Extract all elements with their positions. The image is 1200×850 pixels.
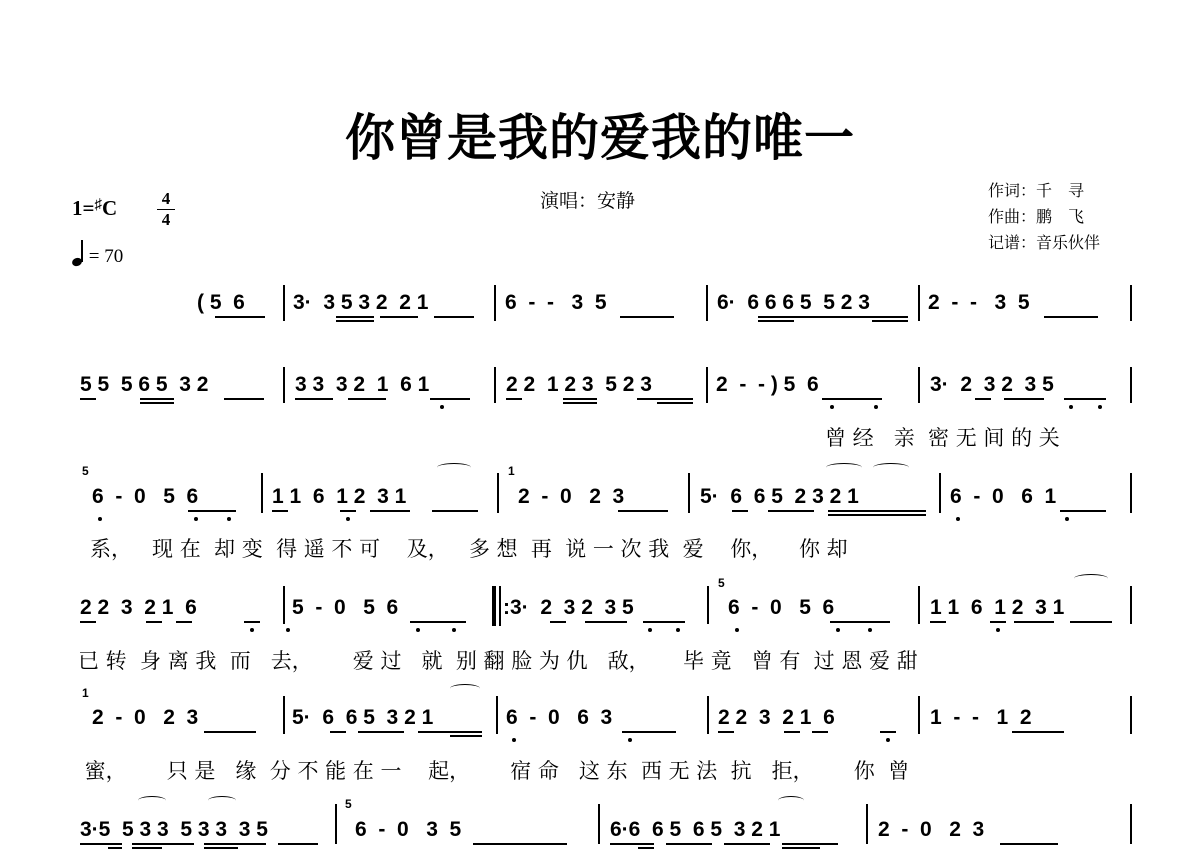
credits-block: 作词：千 寻 作曲：鹏 飞 记谱：音乐伙伴 [988,178,1100,256]
low-octave-dot [868,628,872,632]
underline [432,510,478,512]
lyrics-line: 系， 现 在 却 变 得 遥 不 可 及， 多 想 再 说 一 次 我 爱 你，… [90,533,848,563]
underline [880,731,896,733]
bar-line [283,586,285,624]
bar-line [1130,696,1132,734]
bar-line [707,586,709,624]
low-octave-dot [956,517,960,521]
underline [643,621,685,623]
bar-line [335,804,337,844]
measure: 6 - 0 6 3 [506,698,612,738]
underline [1014,621,1054,623]
bar-line [707,696,709,734]
time-signature: 4 4 [157,190,175,229]
key-pitch: C [102,196,117,220]
underline [1070,621,1112,623]
time-denominator: 4 [157,211,175,229]
score-row-4: 2 2 3 2 1 6 5 - 0 5 6 :3· 2 3 2 3 5 6 - … [0,588,1200,628]
low-octave-dot [836,628,840,632]
bar-line [497,473,499,513]
underline [244,621,260,623]
bar-line [1130,804,1132,844]
underline [830,621,890,623]
lyrics-line: 曾 经 亲 密 无 间 的 关 [825,422,1060,452]
underline [340,510,356,512]
bar-line [866,804,868,844]
underline [278,843,318,845]
underline [758,316,908,318]
underline [215,316,265,318]
underline [430,398,470,400]
underline [732,510,748,512]
underline [610,843,654,845]
underline [828,514,926,516]
song-title: 你曾是我的爱我的唯一 [0,98,1200,170]
measure: 5 - 0 5 6 [292,588,398,628]
underline [450,735,482,737]
measure: 6 - 0 6 1 [950,477,1056,517]
underline [132,847,162,849]
underline [718,731,734,733]
lyrics-line: 蜜， 只 是 缘 分 不 能 在 一 起， 宿 命 这 东 西 无 法 抗 拒，… [78,755,909,785]
underline [822,398,882,400]
underline [336,316,374,318]
underline [204,843,266,845]
grace-note: 5 [82,464,89,478]
underline [758,320,794,322]
quarter-note-icon [72,240,84,266]
underline [380,316,418,318]
underline [618,510,668,512]
slur [1074,574,1108,583]
underline [637,398,693,400]
bar-line [283,285,285,321]
bar-line [1130,473,1132,513]
bar-line [918,367,920,403]
low-octave-dot [676,628,680,632]
measure: 6 - 0 3 5 [355,810,461,850]
low-octave-dot [1065,517,1069,521]
underline [782,843,838,845]
underline [782,847,820,849]
slur [138,796,166,805]
measure: 6 - 0 5 6 [92,477,198,517]
bar-line [688,473,690,513]
underline [622,731,676,733]
underline [563,398,597,400]
underline [224,398,264,400]
underline [370,510,410,512]
underline [176,621,192,623]
score-row-6: 3·5 5 3 3 5 3 3 3 5 6 - 0 3 5 6·6 6 5 6 … [0,810,1200,850]
bar-line [706,285,708,321]
time-numerator: 4 [157,190,175,208]
slur [450,684,480,693]
sharp-icon: ♯ [94,197,102,213]
underline [108,847,122,849]
low-octave-dot [886,738,890,742]
composer-credit: 作曲：鹏 飞 [988,204,1100,230]
underline [1064,398,1106,400]
tempo-bpm: 70 [104,246,123,267]
underline [506,398,522,400]
measure: 2 - 0 2 3 [878,810,984,850]
key-signature: 1=♯C [72,196,117,221]
underline [336,320,374,322]
key-equals: = [83,196,95,220]
bar-line [261,473,263,513]
score-row-2: 5 5 5 6 5 3 2 3 3 3 2 1 6 1 2 2 1 2 3 5 … [0,365,1200,405]
measure: 2 - - ) 5 6 [716,365,819,405]
underline [812,731,828,733]
low-octave-dot [194,517,198,521]
underline [563,402,597,404]
transcriber-credit: 记谱：音乐伙伴 [988,230,1100,256]
score-row-3: 6 - 0 5 6 1 1 6 1 2 3 1 2 - 0 2 3 5· 6 6… [0,477,1200,517]
underline [784,731,800,733]
measure: 2 - 0 2 3 [92,698,198,738]
slur [437,463,471,472]
underline [80,843,122,845]
low-octave-dot [1098,405,1102,409]
score-row-5: 2 - 0 2 3 5· 6 6 5 3 2 1 6 - 0 6 3 2 2 3… [0,698,1200,738]
underline [418,731,482,733]
singer-credit: 演唱：安静 [540,186,635,213]
lyrics-line: 已 转 身 离 我 而 去， 爱 过 就 别 翻 脸 为 仇 敌， 毕 竟 曾 … [78,645,918,675]
grace-note: 1 [508,464,515,478]
underline [140,402,174,404]
underline [358,731,404,733]
low-octave-dot [98,517,102,521]
underline [1044,316,1098,318]
slur [778,796,804,805]
tempo-marking: = 70 [72,240,123,268]
bar-line [706,367,708,403]
low-octave-dot [874,405,878,409]
measure: 6 - 0 5 6 [728,588,834,628]
low-octave-dot [830,405,834,409]
repeat-start-thick [492,586,496,626]
underline [204,731,256,733]
low-octave-dot [452,628,456,632]
underline [295,398,333,400]
bar-line [494,285,496,321]
underline [1012,731,1064,733]
underline [550,621,566,623]
underline [975,398,991,400]
bar-line [283,367,285,403]
underline [80,398,96,400]
underline [434,316,474,318]
underline [1060,510,1106,512]
bar-line [918,586,920,624]
bar-line [1130,367,1132,403]
low-octave-dot [227,517,231,521]
low-octave-dot [250,628,254,632]
underline [585,621,627,623]
bar-line [496,696,498,734]
underline [348,398,386,400]
grace-note: 5 [718,576,725,590]
score-row-1: ( 5 6 3· 3 5 3 2 2 1 6 - - 3 5 6· 6 6 6 … [0,283,1200,323]
measure: 2 - - 3 5 [928,283,1030,323]
bar-line [939,473,941,513]
underline [272,510,288,512]
underline [330,731,346,733]
underline [140,398,174,400]
low-octave-dot [416,628,420,632]
underline [132,843,194,845]
bar-line [1130,586,1132,624]
grace-note: 5 [345,797,352,811]
lyricist-credit: 作词：千 寻 [988,178,1100,204]
key-tonic: 1 [72,196,83,220]
underline [1000,843,1058,845]
slur [826,463,862,472]
slur [208,796,236,805]
bar-line [494,367,496,403]
underline [930,621,946,623]
low-octave-dot [512,738,516,742]
low-octave-dot [440,405,444,409]
bar-line [598,804,600,844]
low-octave-dot [735,628,739,632]
underline [872,320,908,322]
underline [80,621,96,623]
underline [188,510,236,512]
underline [657,402,693,404]
low-octave-dot [286,628,290,632]
slur [873,463,909,472]
underline [666,843,712,845]
low-octave-dot [1069,405,1073,409]
underline [410,621,466,623]
underline [1004,398,1044,400]
underline [204,847,238,849]
underline [990,621,1006,623]
tempo-equals: = [89,246,100,267]
bar-line [918,696,920,734]
underline [146,621,162,623]
bar-line [918,285,920,321]
measure: 6 - - 3 5 [505,283,607,323]
underline [638,847,654,849]
bar-line [1130,285,1132,321]
underline [620,316,674,318]
low-octave-dot [648,628,652,632]
measure: 2 - 0 2 3 [518,477,624,517]
underline [828,510,926,512]
low-octave-dot [346,517,350,521]
underline [473,843,567,845]
low-octave-dot [996,628,1000,632]
repeat-start-thin [499,586,501,626]
bar-line [283,696,285,734]
low-octave-dot [628,738,632,742]
underline [724,843,770,845]
underline [768,510,814,512]
